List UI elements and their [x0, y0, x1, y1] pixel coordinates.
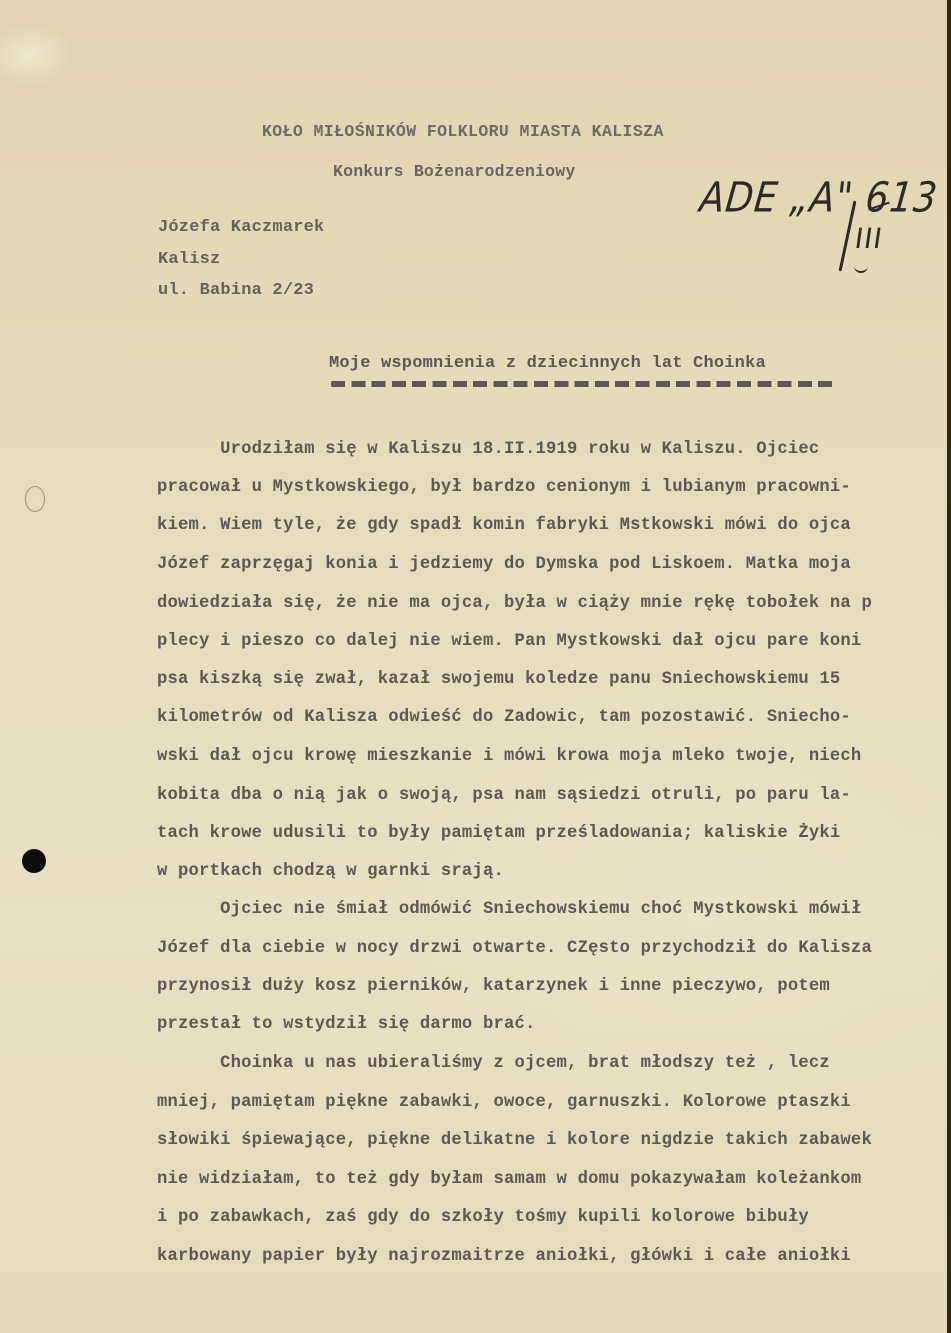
organization-header: KOŁO MIŁOŚNIKÓW FOLKLORU MIASTA KALISZA: [262, 122, 664, 141]
archive-mark-volume: III: [853, 222, 885, 255]
body-line: Choinka u nas ubieraliśmy z ojcem, brat …: [157, 1054, 830, 1073]
body-line: plecy i pieszo co dalej nie wiem. Pan My…: [157, 632, 861, 651]
punch-hole-outline-icon: [25, 486, 45, 512]
body-line: wski dał ojcu krowę mieszkanie i mówi kr…: [157, 747, 861, 766]
body-line: karbowany papier były najrozmaitrze anio…: [157, 1247, 851, 1266]
document-title: Moje wspomnienia z dziecinnych lat Choin…: [329, 354, 766, 373]
body-line: tach krowe udusili to były pamiętam prze…: [157, 824, 840, 843]
body-line: psa kiszką się zwał, kazał swojemu koled…: [157, 670, 840, 689]
body-line: kiem. Wiem tyle, że gdy spadł komin fabr…: [157, 516, 851, 535]
body-line: słowiki śpiewające, piękne delikatne i k…: [157, 1131, 872, 1150]
scan-edge-border: [947, 0, 951, 1333]
punch-hole-icon: [22, 849, 46, 873]
title-dashed-underline: [331, 381, 837, 387]
body-line: Józef dla ciebie w nocy drzwi otwarte. C…: [157, 939, 872, 958]
author-city: Kalisz: [158, 250, 220, 269]
body-line: kilometrów od Kalisza odwieść do Zadowic…: [157, 708, 851, 727]
body-line: dowiedziała się, że nie ma ojca, była w …: [157, 594, 872, 613]
body-line: nie widziałam, to też gdy byłam samam w …: [157, 1170, 861, 1189]
body-line: kobita dba o nią jak o swoją, psa nam są…: [157, 786, 851, 805]
archive-mark-underline: [854, 265, 868, 273]
body-line: Ojciec nie śmiał odmówić Sniechowskiemu …: [157, 900, 861, 919]
author-street: ul. Babina 2/23: [158, 281, 314, 300]
body-line: pracował u Mystkowskiego, był bardzo cen…: [157, 478, 851, 497]
author-name: Józefa Kaczmarek: [158, 218, 324, 237]
body-line: i po zabawkach, zaś gdy do szkoły tośmy …: [157, 1208, 809, 1227]
body-line: Urodziłam się w Kaliszu 18.II.1919 roku …: [157, 440, 819, 459]
contest-subheader: Konkurs Bożenarodzeniowy: [333, 162, 575, 181]
body-line: przestał to wstydził się darmo brać.: [157, 1015, 536, 1034]
body-line: w portkach chodzą w garnki srają.: [157, 862, 504, 881]
body-line: Józef zaprzęgaj konia i jedziemy do Dyms…: [157, 555, 851, 574]
body-line: mniej, pamiętam piękne zabawki, owoce, g…: [157, 1093, 851, 1112]
body-line: przynosił duży kosz pierników, katarzyne…: [157, 977, 830, 996]
archive-mark-code: ADE „A" 613: [698, 175, 940, 222]
scanned-document-page: KOŁO MIŁOŚNIKÓW FOLKLORU MIASTA KALISZA …: [0, 0, 951, 1333]
